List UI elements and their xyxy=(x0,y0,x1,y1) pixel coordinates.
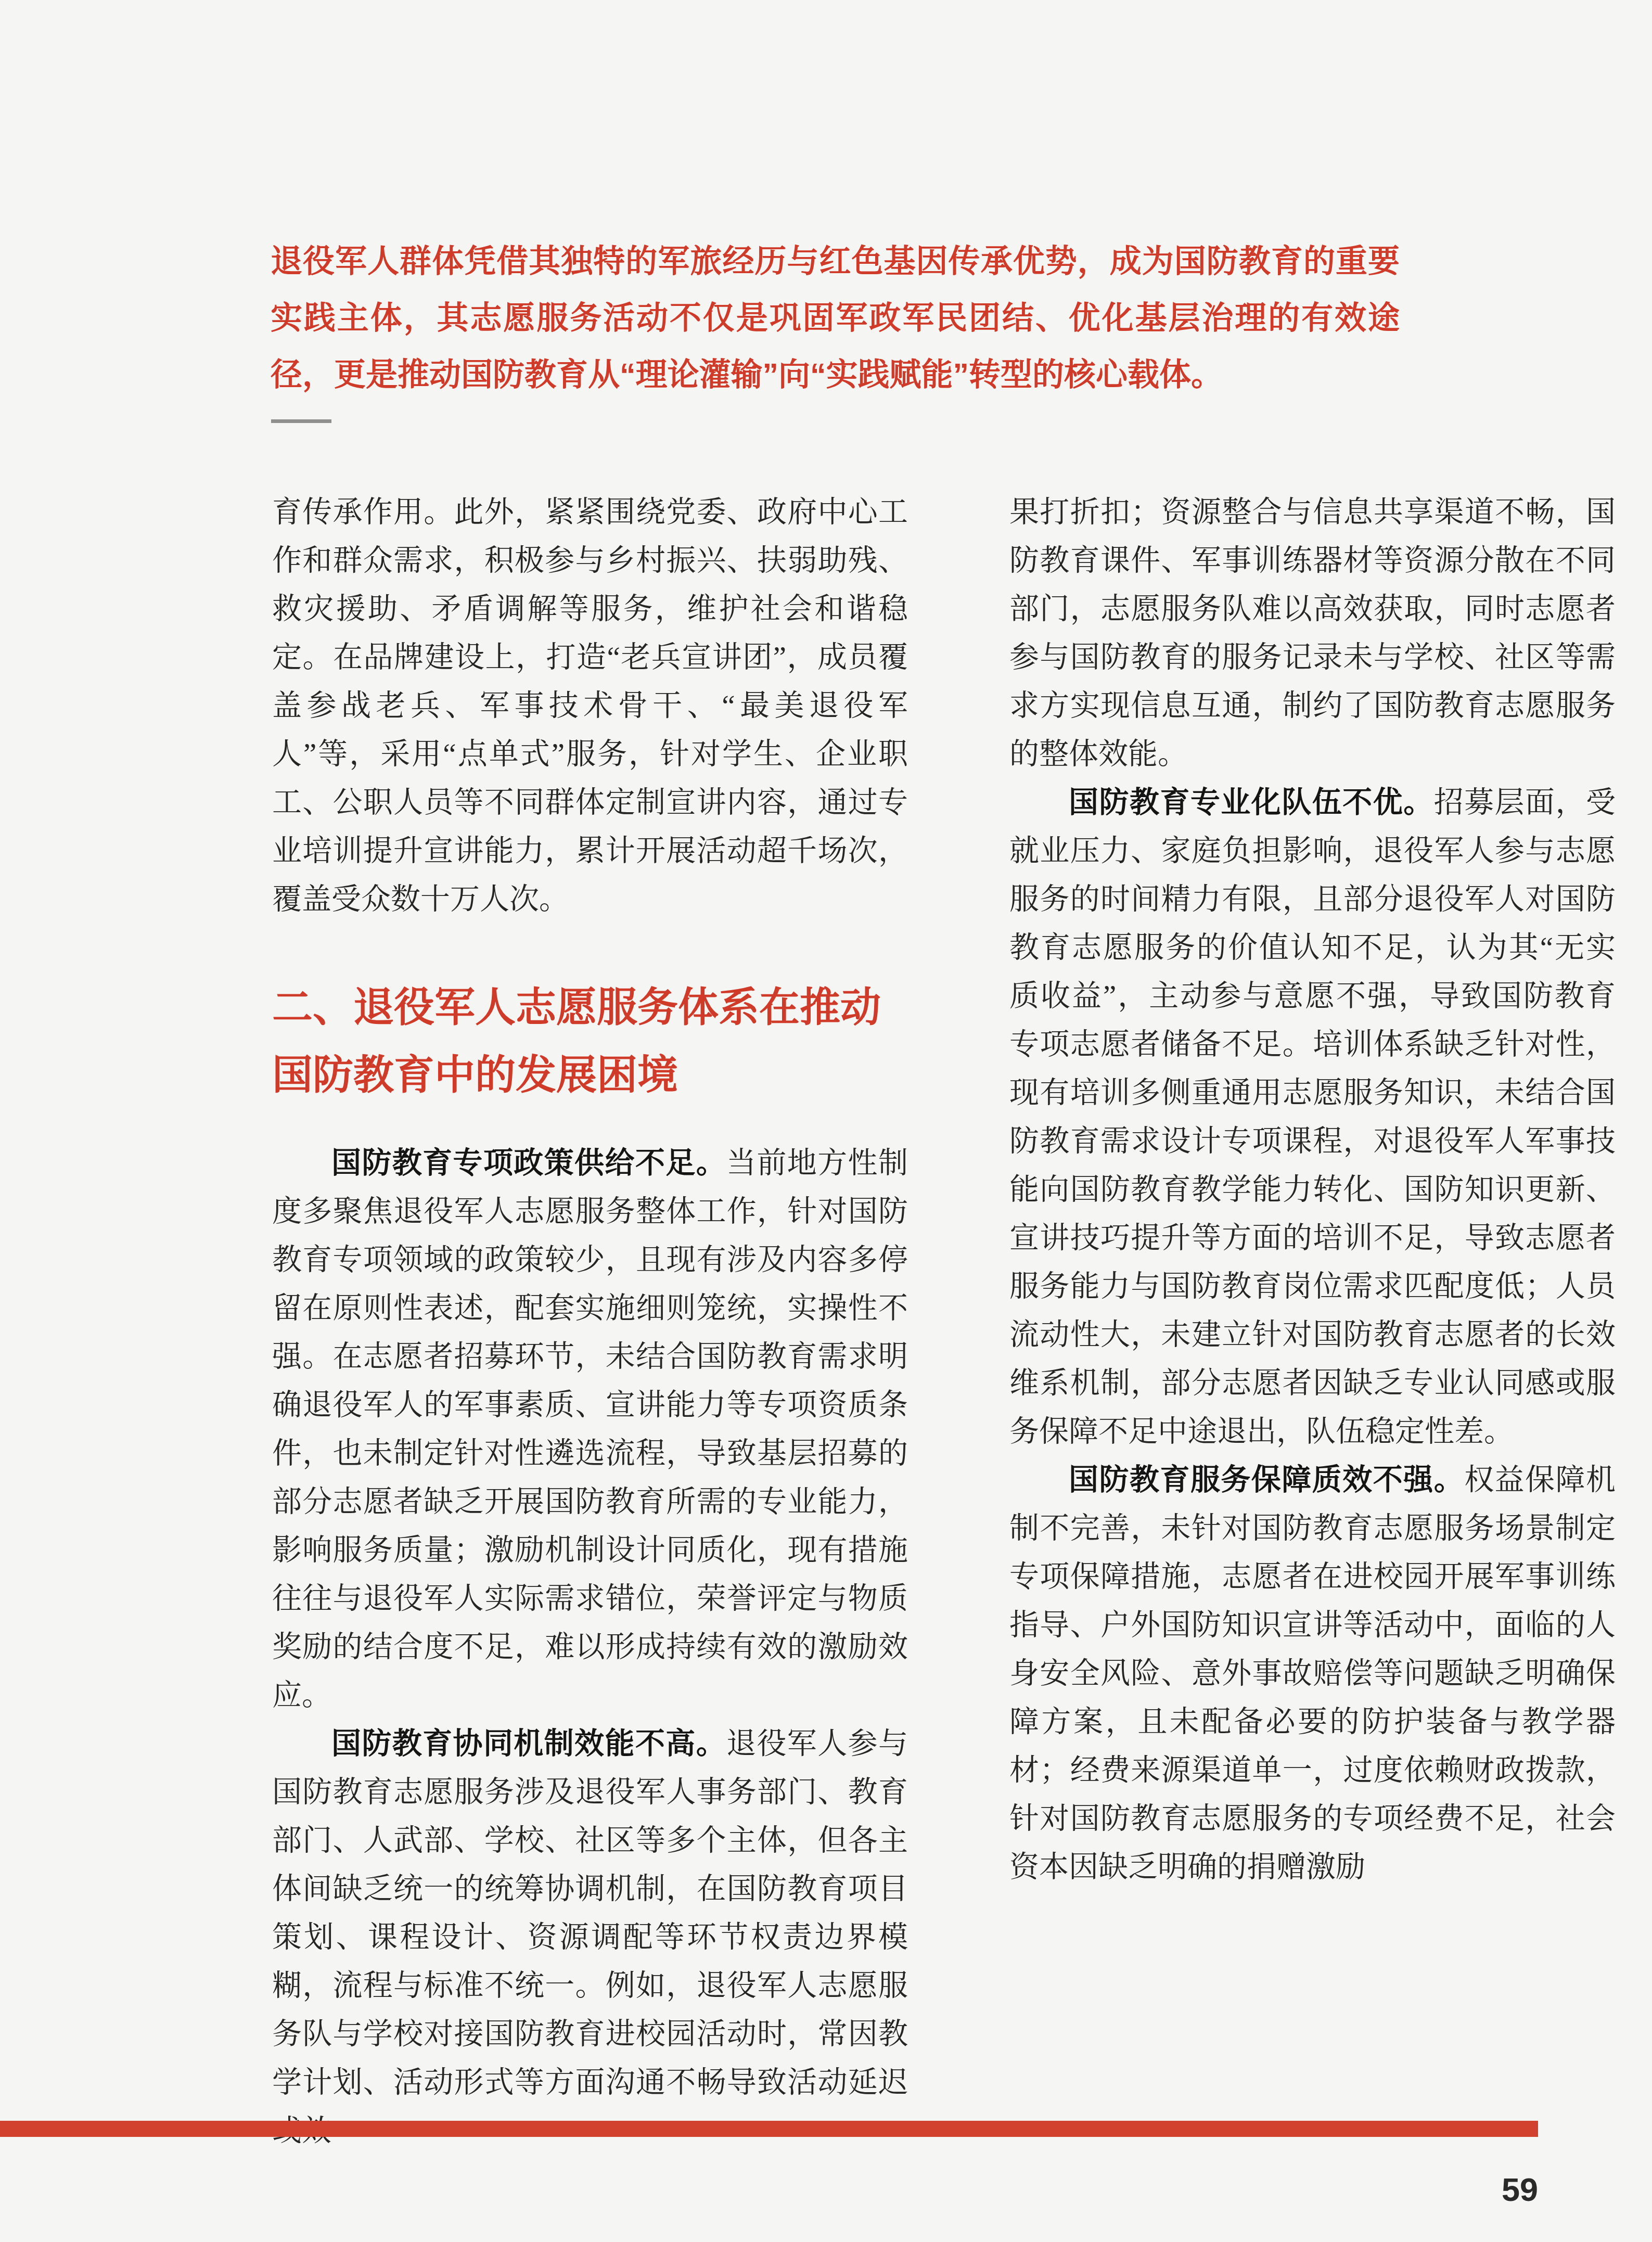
paragraph-text: 当前地方性制度多聚焦退役军人志愿服务整体工作，针对国防教育专项领域的政策较少，且… xyxy=(272,1147,908,1712)
paragraph-lead: 国防教育专项政策供给不足。 xyxy=(331,1146,726,1180)
paragraph-text: 权益保障机制不完善，未针对国防教育志愿服务场景制定专项保障措施，志愿者在进校园开… xyxy=(1009,1464,1616,1884)
section-heading: 二、退役军人志愿服务体系在推动国防教育中的发展困境 xyxy=(272,973,908,1109)
divider-dash xyxy=(271,419,331,423)
paragraph-lead: 国防教育专业化队伍不优。 xyxy=(1069,786,1434,819)
paragraph: 国防教育专项政策供给不足。当前地方性制度多聚焦退役军人志愿服务整体工作，针对国防… xyxy=(272,1139,908,1720)
paragraph-lead: 国防教育协同机制效能不高。 xyxy=(331,1727,726,1760)
paragraph: 国防教育协同机制效能不高。退役军人参与国防教育志愿服务涉及退役军人事务部门、教育… xyxy=(272,1720,908,2155)
paragraph-text: 招募层面，受就业压力、家庭负担影响，退役军人参与志愿服务的时间精力有限，且部分退… xyxy=(1009,786,1616,1448)
right-column: 果打折扣；资源整合与信息共享渠道不畅，国防教育课件、军事训练器材等资源分散在不同… xyxy=(1009,488,1616,1891)
paragraph: 国防教育专业化队伍不优。招募层面，受就业压力、家庭负担影响，退役军人参与志愿服务… xyxy=(1009,778,1616,1456)
page-number: 59 xyxy=(1405,2174,1538,2207)
paragraph: 国防教育服务保障质效不强。权益保障机制不完善，未针对国防教育志愿服务场景制定专项… xyxy=(1009,1456,1616,1891)
paragraph-lead: 国防教育服务保障质效不强。 xyxy=(1069,1463,1464,1496)
intro-abstract-text: 退役军人群体凭借其独特的军旅经历与红色基因传承优势，成为国防教育的重要实践主体，… xyxy=(271,233,1400,403)
left-column: 育传承作用。此外，紧紧围绕党委、政府中心工作和群众需求，积极参与乡村振兴、扶弱助… xyxy=(272,488,908,2155)
document-page: 退役军人群体凭借其独特的军旅经历与红色基因传承优势，成为国防教育的重要实践主体，… xyxy=(0,0,1652,2242)
paragraph-continuation: 育传承作用。此外，紧紧围绕党委、政府中心工作和群众需求，积极参与乡村振兴、扶弱助… xyxy=(272,488,908,924)
footer-red-bar xyxy=(0,2121,1538,2137)
paragraph-text: 退役军人参与国防教育志愿服务涉及退役军人事务部门、教育部门、人武部、学校、社区等… xyxy=(272,1727,908,2147)
paragraph-continuation: 果打折扣；资源整合与信息共享渠道不畅，国防教育课件、军事训练器材等资源分散在不同… xyxy=(1009,488,1616,778)
